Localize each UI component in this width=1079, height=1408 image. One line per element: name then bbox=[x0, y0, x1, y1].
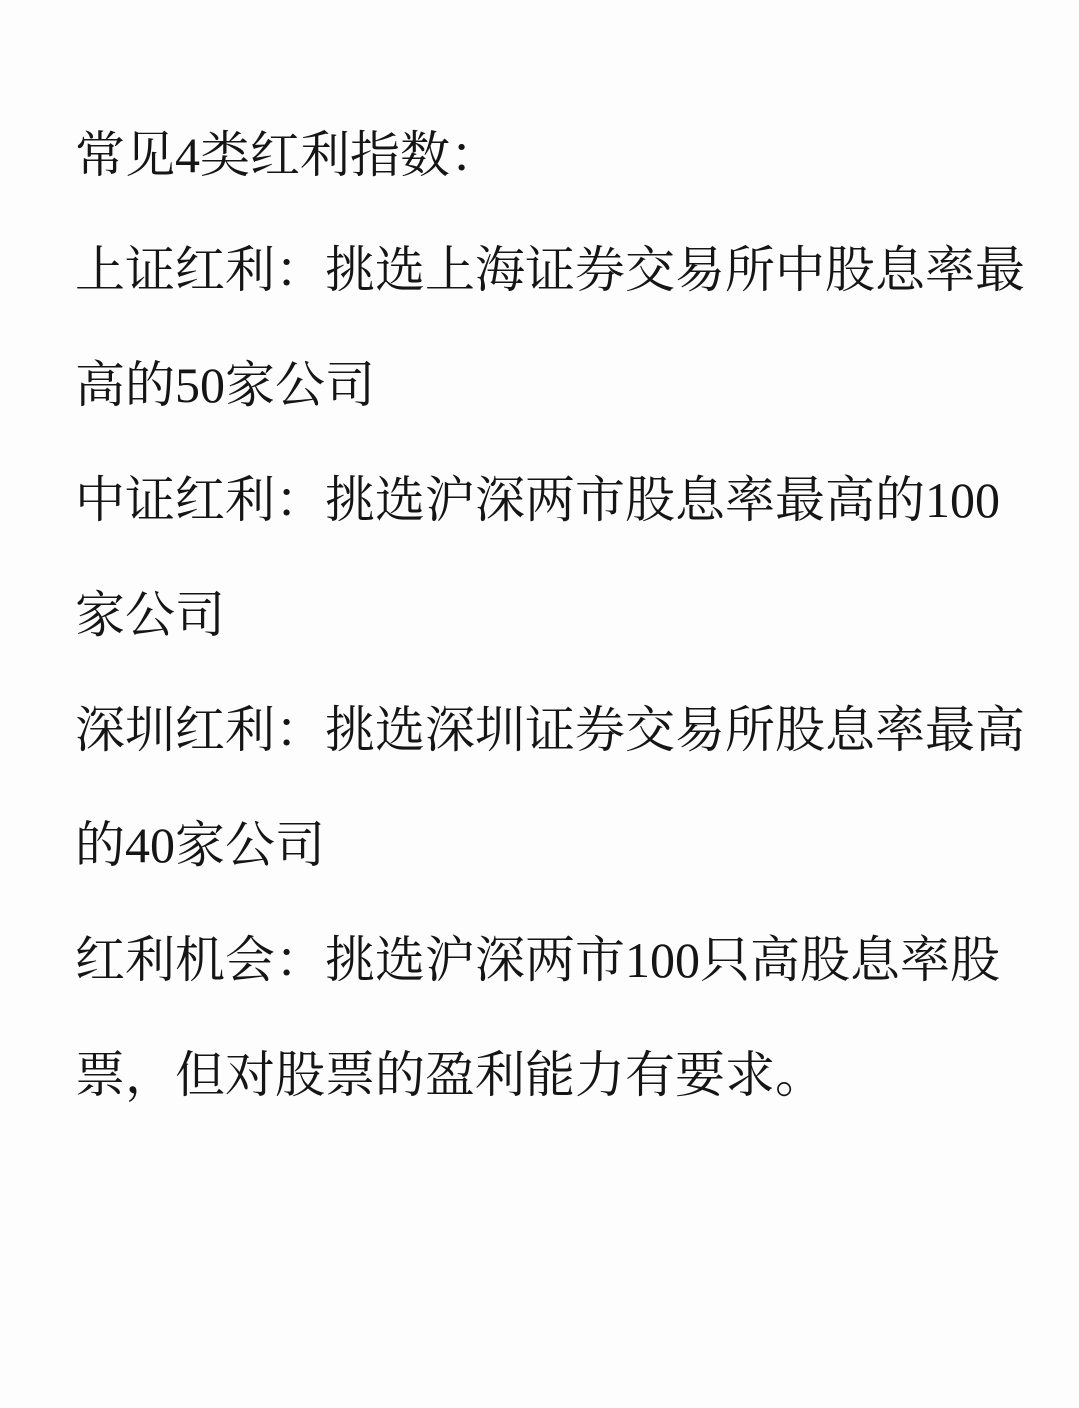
document-page: 常见4类红利指数： 上证红利：挑选上海证券交易所中股息率最 高的50家公司 中证… bbox=[0, 0, 1079, 1408]
text-line: 票，但对股票的盈利能力有要求。 bbox=[75, 1018, 1039, 1133]
paragraph-dividend-opportunity: 红利机会：挑选沪深两市100只高股息率股 票，但对股票的盈利能力有要求。 bbox=[75, 903, 1039, 1133]
paragraph-shangzheng-dividend: 上证红利：挑选上海证券交易所中股息率最 高的50家公司 bbox=[75, 213, 1039, 443]
text-line: 深圳红利：挑选深圳证券交易所股息率最高 bbox=[75, 673, 1039, 788]
text-line: 上证红利：挑选上海证券交易所中股息率最 bbox=[75, 213, 1039, 328]
title-line: 常见4类红利指数： bbox=[75, 98, 1039, 213]
paragraph-title: 常见4类红利指数： bbox=[75, 98, 1039, 213]
paragraph-shenzhen-dividend: 深圳红利：挑选深圳证券交易所股息率最高 的40家公司 bbox=[75, 673, 1039, 903]
text-line: 中证红利：挑选沪深两市股息率最高的100 bbox=[75, 443, 1039, 558]
text-line: 的40家公司 bbox=[75, 788, 1039, 903]
paragraph-zhongzheng-dividend: 中证红利：挑选沪深两市股息率最高的100 家公司 bbox=[75, 443, 1039, 673]
text-line: 高的50家公司 bbox=[75, 328, 1039, 443]
text-line: 红利机会：挑选沪深两市100只高股息率股 bbox=[75, 903, 1039, 1018]
text-line: 家公司 bbox=[75, 558, 1039, 673]
